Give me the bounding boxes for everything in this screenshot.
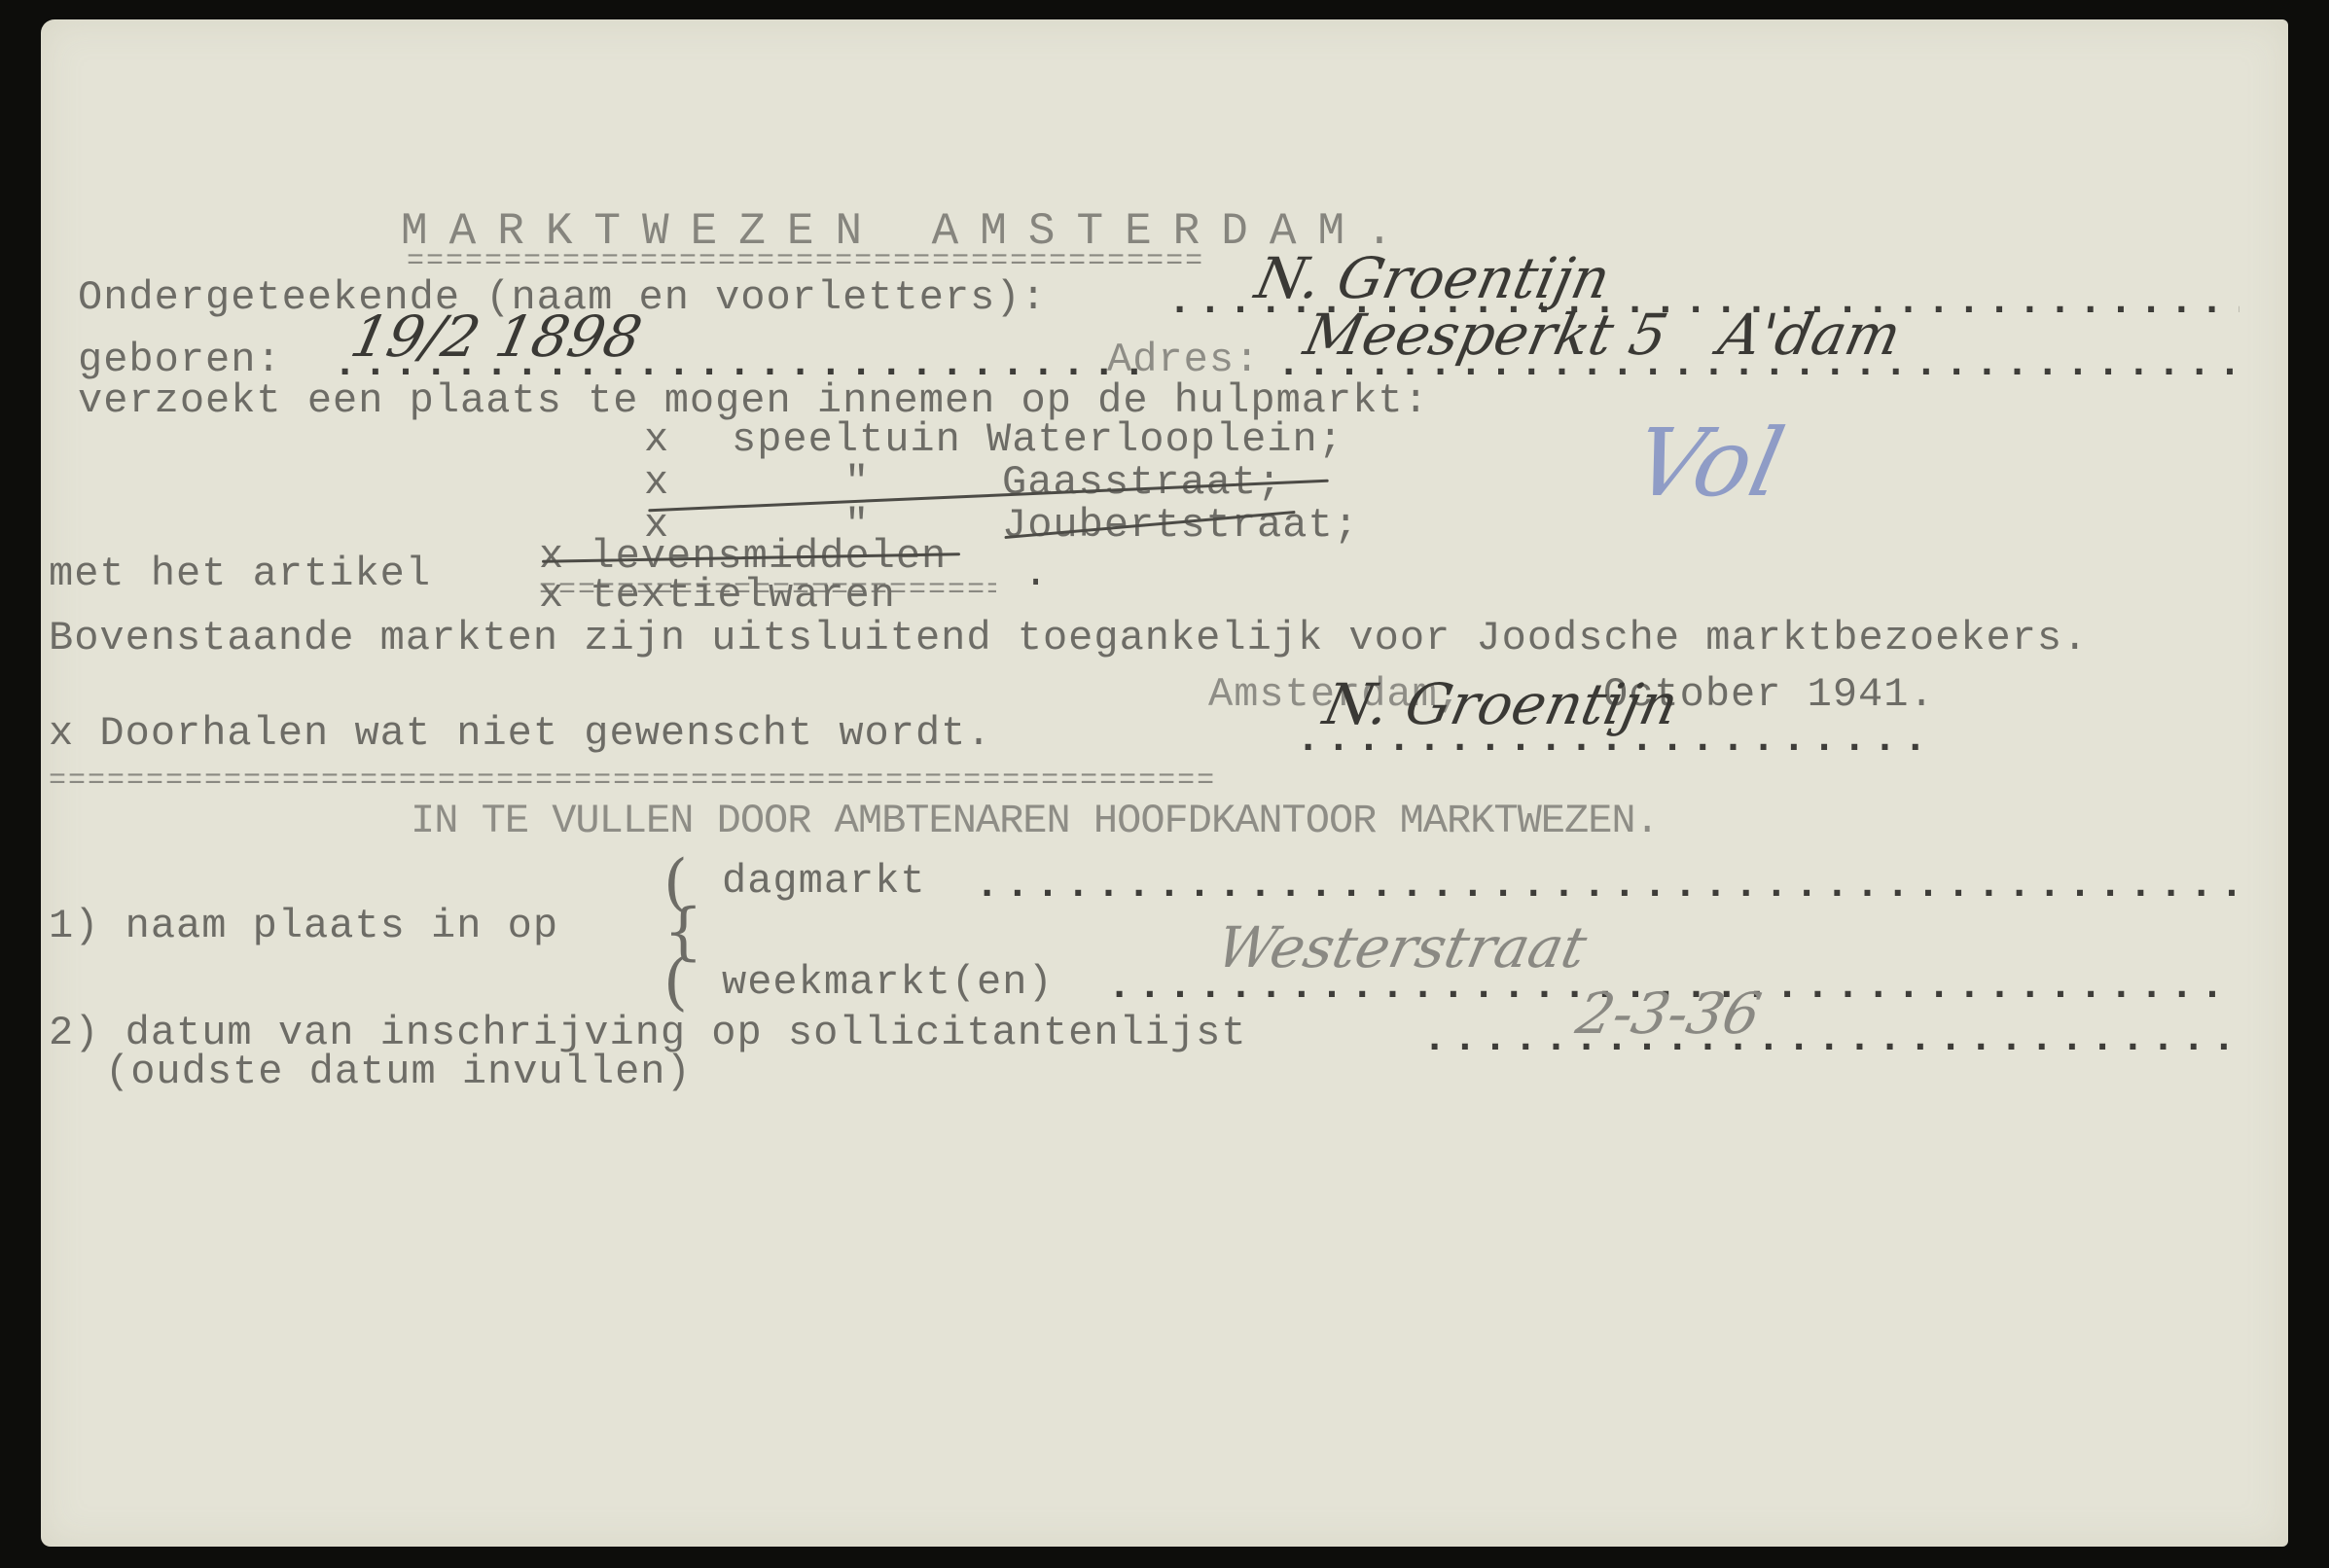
item1-label: 1) naam plaats in op <box>49 903 558 949</box>
born-label: geboren: <box>78 337 282 383</box>
item2-note: (oudste datum invullen) <box>105 1049 692 1095</box>
office-section-heading: IN TE VULLEN DOOR AMBTENAREN HOOFDKANTOO… <box>411 798 1659 844</box>
market-marker: x <box>644 416 669 463</box>
market-application-card: MARKTWEZEN AMSTERDAM. ==================… <box>41 19 2288 1547</box>
dagmarkt-label: dagmarkt <box>722 858 926 905</box>
market-name: speeltuin Waterlooplein; <box>732 416 1344 463</box>
brace-bottom: ( <box>663 955 688 1010</box>
article-name: x textielwaren <box>539 572 896 619</box>
market-marker: x <box>644 459 669 506</box>
address-label: Adres: <box>1107 337 1260 383</box>
footnote-text: x Doorhalen wat niet gewenscht wordt. <box>49 710 992 757</box>
dagmarkt-dot-leader: ........................................… <box>975 862 2239 909</box>
article-label: met het artikel <box>49 551 431 597</box>
item2-dot-leader: ........................................… <box>1422 1016 2239 1062</box>
address-handwritten[interactable]: Meesperkt 5 A'dam <box>1299 302 1907 368</box>
market-name: Joubertstraat; <box>1002 502 1359 549</box>
period-mark: . <box>1023 551 1049 597</box>
section-divider: ========================================… <box>49 765 2218 798</box>
birth-date-handwritten[interactable]: 19/2 1898 <box>345 303 648 370</box>
margin-note-blue-pencil: Vol <box>1625 409 1793 517</box>
notice-text: Bovenstaande markten zijn uitsluitend to… <box>49 615 2088 661</box>
registration-date-handwritten: 2-3-36 <box>1571 980 1767 1047</box>
applicant-signature[interactable]: N. Groentijn <box>1318 671 1684 737</box>
weekmarkt-label: weekmarkt(en) <box>722 959 1054 1006</box>
weekmarkt-handwritten: Westerstraat <box>1211 914 1593 980</box>
